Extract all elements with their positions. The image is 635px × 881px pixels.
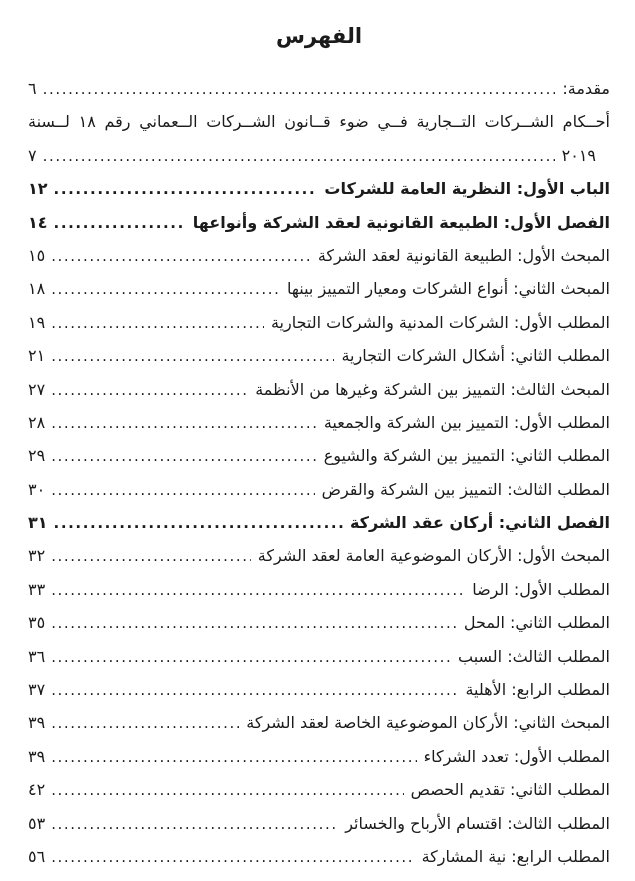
toc-entry: الباب الأول: النظرية العامة للشركات ١٢ bbox=[28, 172, 610, 205]
toc-entry-label: المطلب الأول: الرضا bbox=[472, 573, 610, 606]
page-title: الفهرس bbox=[28, 24, 610, 48]
toc-page-number: ٣٢ bbox=[28, 539, 45, 572]
toc-leader-dots bbox=[51, 773, 403, 807]
toc-entry-label: المبحث الأول: الأركان الموضوعية العامة ل… bbox=[258, 539, 610, 572]
toc-leader-dots bbox=[51, 606, 457, 640]
toc-entry-label: المطلب الأول: تعدد الشركاء bbox=[424, 740, 610, 773]
toc-page-number: ٤٢ bbox=[28, 773, 45, 806]
toc-page-number: ٥٣ bbox=[28, 807, 45, 840]
toc-entry: الفصل الأول: الطبيعة القانونية لعقد الشر… bbox=[28, 206, 610, 239]
toc-entry: المبحث الثالث: التمييز بين الشركة وغيرها… bbox=[28, 373, 610, 406]
toc-entry: المطلب الثاني: أشكال الشركات التجارية ٢١ bbox=[28, 339, 610, 372]
toc-leader-dots bbox=[54, 506, 343, 540]
toc-entry: مقدمة: ٦ bbox=[28, 72, 610, 105]
toc-entry-label: المطلب الثاني: أشكال الشركات التجارية bbox=[341, 339, 610, 372]
toc-entry-label: المطلب الثاني: المحل bbox=[464, 606, 610, 639]
toc-entry-label: المبحث الثاني: أنواع الشركات ومعيار التم… bbox=[287, 272, 610, 305]
toc-entry-label: أحــكام الشــركات التــجارية فــي ضوء قـ… bbox=[28, 112, 610, 131]
toc-entry-label: المبحث الأول: الطبيعة القانونية لعقد الش… bbox=[318, 239, 610, 272]
toc-leader-dots bbox=[51, 573, 465, 607]
toc-page-number: ٣٠ bbox=[28, 473, 45, 506]
toc-page-number: ٣٥ bbox=[28, 606, 45, 639]
toc-leader-dots bbox=[51, 807, 338, 841]
toc-entry: الفصل الثاني: أركان عقد الشركة ٣١ bbox=[28, 506, 610, 539]
toc-leader-dots bbox=[51, 740, 416, 774]
toc-entry-label: المطلب الثالث: التمييز بين الشركة والقرض bbox=[322, 473, 610, 506]
toc-leader-dots bbox=[54, 206, 186, 240]
document-page: الفهرس مقدمة: ٦ أحــكام الشــركات التــج… bbox=[0, 0, 635, 881]
toc-page-number: ٣٧ bbox=[28, 673, 45, 706]
toc-leader-dots bbox=[51, 239, 311, 273]
toc-entry: المطلب الثالث: اقتسام الأرباح والخسائر ٥… bbox=[28, 807, 610, 840]
toc-page-number: ٣٩ bbox=[28, 740, 45, 773]
toc-page-number: ٣٣ bbox=[28, 573, 45, 606]
toc-page-number: ٥٦ bbox=[28, 840, 45, 873]
toc-leader-dots bbox=[43, 72, 556, 106]
toc-entry: المطلب الثالث: السبب ٣٦ bbox=[28, 640, 610, 673]
toc-entry-label: المطلب الثالث: السبب bbox=[458, 640, 610, 673]
toc-entry: المبحث الثاني: أنواع الشركات ومعيار التم… bbox=[28, 272, 610, 305]
toc-entry: المطلب الأول: الشركات المدنية والشركات ا… bbox=[28, 306, 610, 339]
toc-entry-label: الفصل الثاني: أركان عقد الشركة bbox=[350, 506, 610, 539]
toc-entry-label: المطلب الرابع: نية المشاركة bbox=[422, 840, 610, 873]
toc-page-number: ٧ bbox=[28, 139, 37, 172]
toc-entry-label: المبحث الثاني: الأركان الموضوعية الخاصة … bbox=[246, 706, 610, 739]
toc-entry-label: ٢٠١٩ bbox=[562, 139, 610, 172]
toc-page-number: ٢١ bbox=[28, 339, 45, 372]
toc-entry: المطلب الثاني: تقديم الحصص ٤٢ bbox=[28, 773, 610, 806]
toc-leader-dots bbox=[51, 306, 264, 340]
toc-entry-label: الباب الأول: النظرية العامة للشركات bbox=[324, 172, 610, 205]
toc-leader-dots bbox=[51, 473, 314, 507]
toc-entry-label: المطلب الثاني: تقديم الحصص bbox=[411, 773, 610, 806]
toc-leader-dots bbox=[51, 640, 451, 674]
toc-entry-label: المطلب الثاني: التمييز بين الشركة والشيو… bbox=[324, 439, 610, 472]
toc-page-number: ٦ bbox=[28, 72, 37, 105]
toc-page-number: ١٤ bbox=[28, 206, 48, 239]
toc-entry: المبحث الأول: الطبيعة القانونية لعقد الش… bbox=[28, 239, 610, 272]
toc-entry: المطلب الثاني: المحل ٣٥ bbox=[28, 606, 610, 639]
toc-entry: المبحث الثاني: الأركان الموضوعية الخاصة … bbox=[28, 706, 610, 739]
toc-page-number: ٣٦ bbox=[28, 640, 45, 673]
toc-leader-dots bbox=[51, 373, 248, 407]
toc-entry: المطلب الثالث: التمييز بين الشركة والقرض… bbox=[28, 473, 610, 506]
toc-entry-label: المبحث الثالث: التمييز بين الشركة وغيرها… bbox=[255, 373, 610, 406]
toc-entry-label: المطلب الثالث: اقتسام الأرباح والخسائر bbox=[345, 807, 610, 840]
toc-leader-dots bbox=[43, 139, 555, 173]
toc-page-number: ٢٩ bbox=[28, 439, 45, 472]
toc-entry: المبحث الأول: الأركان الموضوعية العامة ل… bbox=[28, 539, 610, 572]
toc-leader-dots bbox=[51, 406, 317, 440]
toc-entry: المطلب الأول: تعدد الشركاء ٣٩ bbox=[28, 740, 610, 773]
toc-entry: أحــكام الشــركات التــجارية فــي ضوء قـ… bbox=[28, 105, 610, 138]
toc-page-number: ١٨ bbox=[28, 272, 45, 305]
toc-leader-dots bbox=[51, 673, 458, 707]
toc-page-number: ١٢ bbox=[28, 172, 48, 205]
toc-list: مقدمة: ٦ أحــكام الشــركات التــجارية فـ… bbox=[28, 72, 610, 873]
toc-entry: المطلب الثاني: التمييز بين الشركة والشيو… bbox=[28, 439, 610, 472]
toc-page-number: ١٥ bbox=[28, 239, 45, 272]
toc-leader-dots bbox=[51, 439, 317, 473]
toc-page-number: ٢٨ bbox=[28, 406, 45, 439]
toc-entry: ٢٠١٩ ٧ bbox=[28, 139, 610, 172]
toc-page-number: ١٩ bbox=[28, 306, 45, 339]
toc-entry: المطلب الأول: الرضا ٣٣ bbox=[28, 573, 610, 606]
toc-leader-dots bbox=[51, 539, 251, 573]
toc-entry-label: المطلب الرابع: الأهلية bbox=[465, 673, 610, 706]
toc-entry: المطلب الرابع: الأهلية ٣٧ bbox=[28, 673, 610, 706]
toc-entry-label: المطلب الأول: التمييز بين الشركة والجمعي… bbox=[324, 406, 610, 439]
toc-leader-dots bbox=[51, 840, 414, 874]
toc-leader-dots bbox=[51, 706, 239, 740]
toc-entry: المطلب الرابع: نية المشاركة ٥٦ bbox=[28, 840, 610, 873]
toc-leader-dots bbox=[51, 339, 334, 373]
toc-page-number: ٣١ bbox=[28, 506, 48, 539]
toc-entry-label: مقدمة: bbox=[562, 72, 610, 105]
toc-entry-label: الفصل الأول: الطبيعة القانونية لعقد الشر… bbox=[193, 206, 610, 239]
toc-leader-dots bbox=[54, 172, 318, 206]
toc-entry-label: المطلب الأول: الشركات المدنية والشركات ا… bbox=[271, 306, 610, 339]
toc-page-number: ٢٧ bbox=[28, 373, 45, 406]
toc-leader-dots bbox=[51, 272, 280, 306]
toc-page-number: ٣٩ bbox=[28, 706, 45, 739]
toc-entry: المطلب الأول: التمييز بين الشركة والجمعي… bbox=[28, 406, 610, 439]
